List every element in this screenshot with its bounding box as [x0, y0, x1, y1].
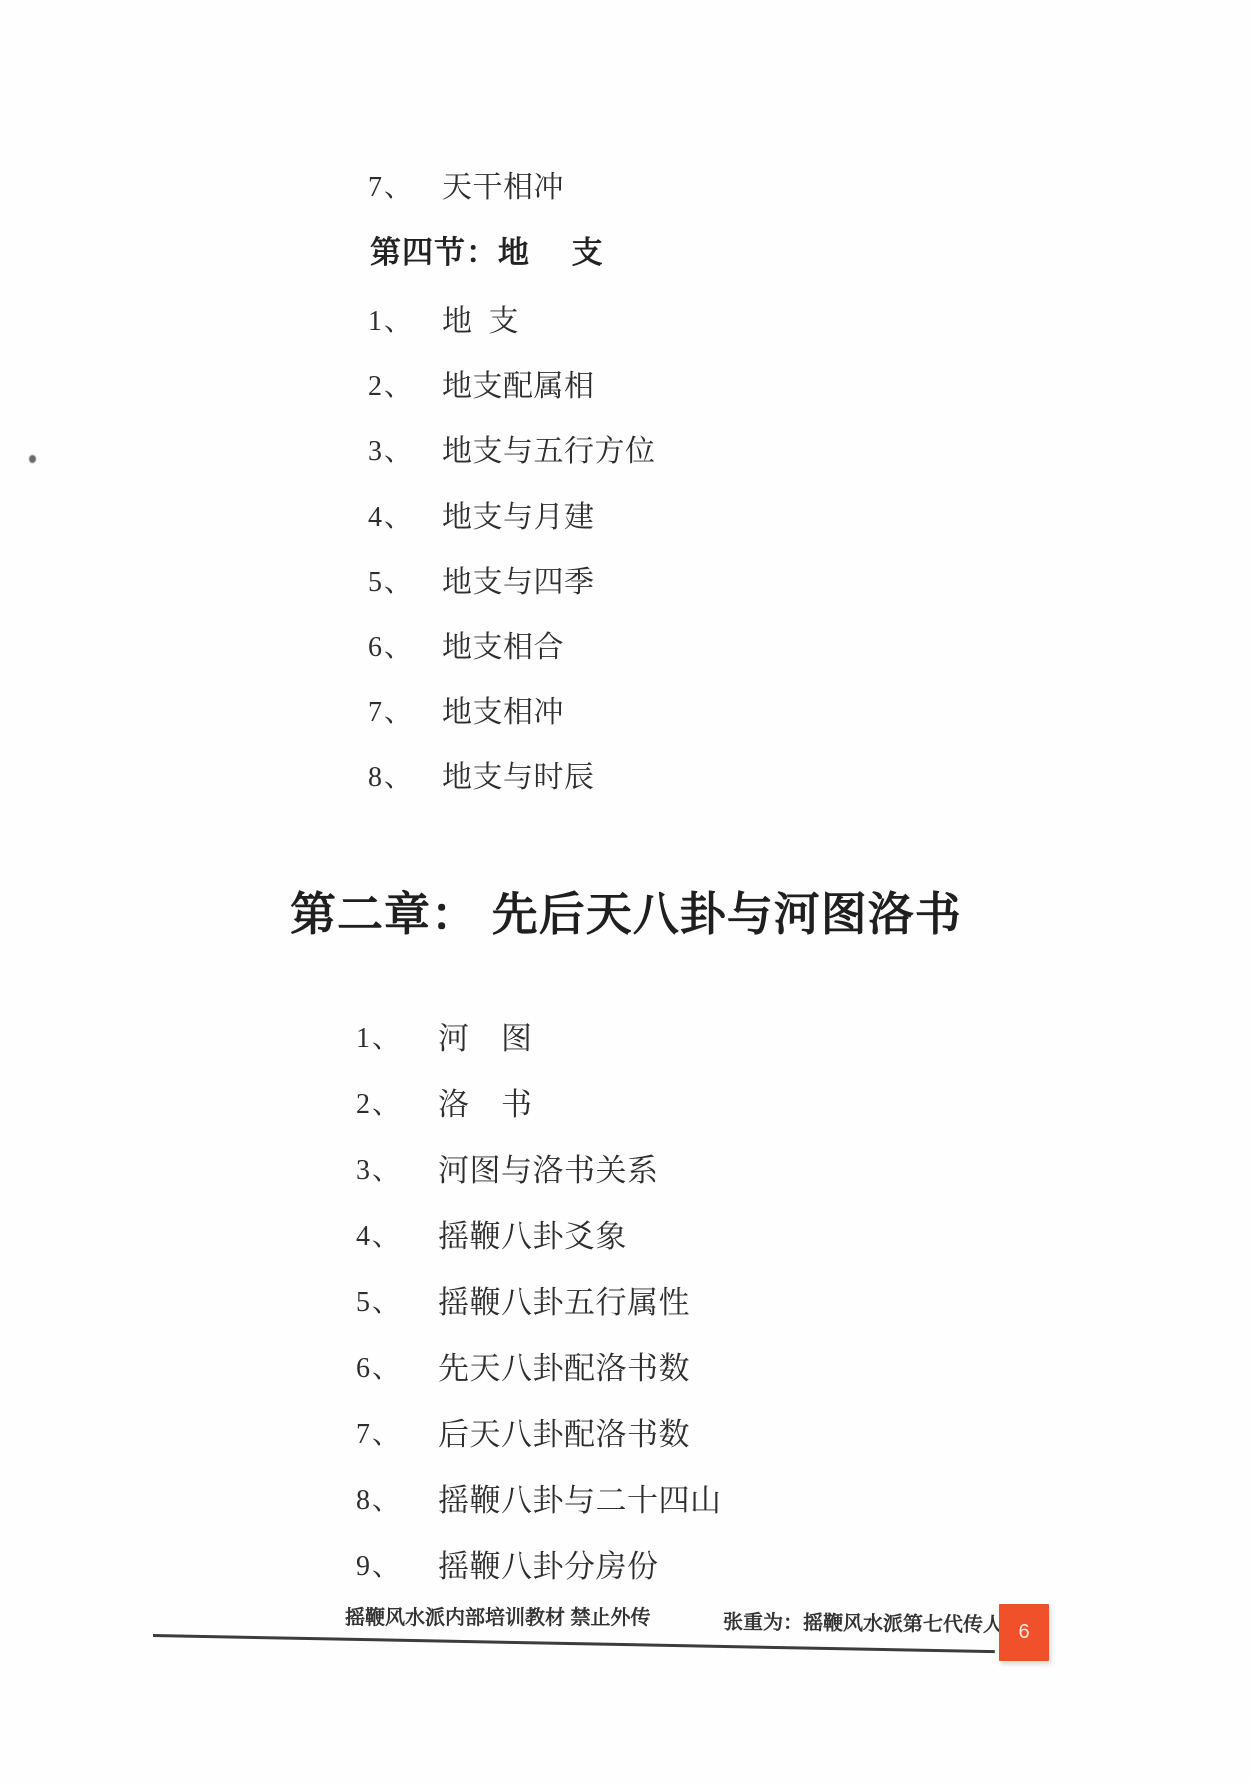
toc-item: 6、 地支相合 [368, 630, 564, 666]
scan-speck [29, 455, 36, 463]
item-label: 摇鞭八卦分房份 [438, 1549, 659, 1585]
toc-item: 5、 摇鞭八卦五行属性 [356, 1285, 690, 1321]
item-label: 摇鞭八卦与二十四山 [438, 1483, 722, 1519]
item-label: 地 支 [442, 304, 519, 340]
item-number: 8、 [356, 1483, 438, 1519]
item-number: 4、 [356, 1219, 438, 1255]
toc-item: 5、 地支与四季 [368, 565, 595, 601]
item-number: 6、 [368, 630, 442, 666]
toc-item: 1、 河 图 [356, 1021, 533, 1057]
item-number: 7、 [368, 695, 442, 731]
item-label: 天干相冲 [442, 170, 564, 206]
toc-item: 3、 地支与五行方位 [368, 434, 656, 470]
toc-item: 4、 摇鞭八卦爻象 [356, 1219, 627, 1255]
toc-item: 7、 后天八卦配洛书数 [356, 1417, 690, 1453]
item-label: 先天八卦配洛书数 [438, 1351, 690, 1387]
item-label: 地支相冲 [442, 695, 564, 731]
item-number: 2、 [368, 369, 442, 405]
item-label: 洛 书 [438, 1087, 533, 1123]
item-number: 3、 [368, 434, 442, 470]
footer-right-text: 张重为：摇鞭风水派第七代传人 [723, 1610, 1003, 1639]
item-number: 2、 [356, 1087, 438, 1123]
footer-left-text: 摇鞭风水派内部培训教材 禁止外传 [345, 1605, 651, 1631]
item-number: 1、 [356, 1021, 438, 1057]
item-number: 8、 [368, 760, 442, 796]
toc-item: 2、 地支配属相 [368, 369, 595, 405]
toc-item: 8、 地支与时辰 [368, 760, 595, 796]
toc-item: 8、 摇鞭八卦与二十四山 [356, 1483, 722, 1519]
toc-item: 9、 摇鞭八卦分房份 [356, 1549, 659, 1585]
item-label: 地支与时辰 [442, 760, 595, 796]
toc-item: 7、 天干相冲 [368, 170, 564, 206]
toc-item: 7、 地支相冲 [368, 695, 564, 731]
item-number: 7、 [368, 170, 442, 206]
item-number: 7、 [356, 1417, 438, 1453]
item-label: 地支与四季 [442, 565, 595, 601]
item-number: 3、 [356, 1153, 438, 1189]
section-heading: 第四节：地 支 [370, 233, 604, 273]
toc-item: 3、 河图与洛书关系 [356, 1153, 659, 1189]
item-label: 地支相合 [442, 630, 564, 666]
chapter-heading: 第二章： 先后天八卦与河图洛书 [290, 884, 962, 944]
item-label: 地支配属相 [442, 369, 595, 405]
item-label: 后天八卦配洛书数 [438, 1417, 690, 1453]
item-label: 河 图 [438, 1021, 533, 1057]
item-number: 5、 [356, 1285, 438, 1321]
item-label: 河图与洛书关系 [438, 1153, 659, 1189]
item-label: 摇鞭八卦爻象 [438, 1219, 627, 1255]
item-label: 地支与月建 [442, 500, 595, 536]
item-number: 6、 [356, 1351, 438, 1387]
toc-item: 1、 地 支 [368, 304, 519, 340]
scanned-document-page: 7、 天干相冲 第四节：地 支 1、 地 支 2、 地支配属相 3、 地支与五行… [0, 0, 1250, 1783]
item-label: 摇鞭八卦五行属性 [438, 1285, 690, 1321]
item-label: 地支与五行方位 [442, 434, 656, 470]
toc-item: 6、 先天八卦配洛书数 [356, 1351, 690, 1387]
item-number: 1、 [368, 304, 442, 340]
toc-item: 4、 地支与月建 [368, 500, 595, 536]
item-number: 4、 [368, 500, 442, 536]
page-number-badge: 6 [999, 1604, 1049, 1661]
toc-item: 2、 洛 书 [356, 1087, 533, 1123]
item-number: 5、 [368, 565, 442, 601]
item-number: 9、 [356, 1549, 438, 1585]
